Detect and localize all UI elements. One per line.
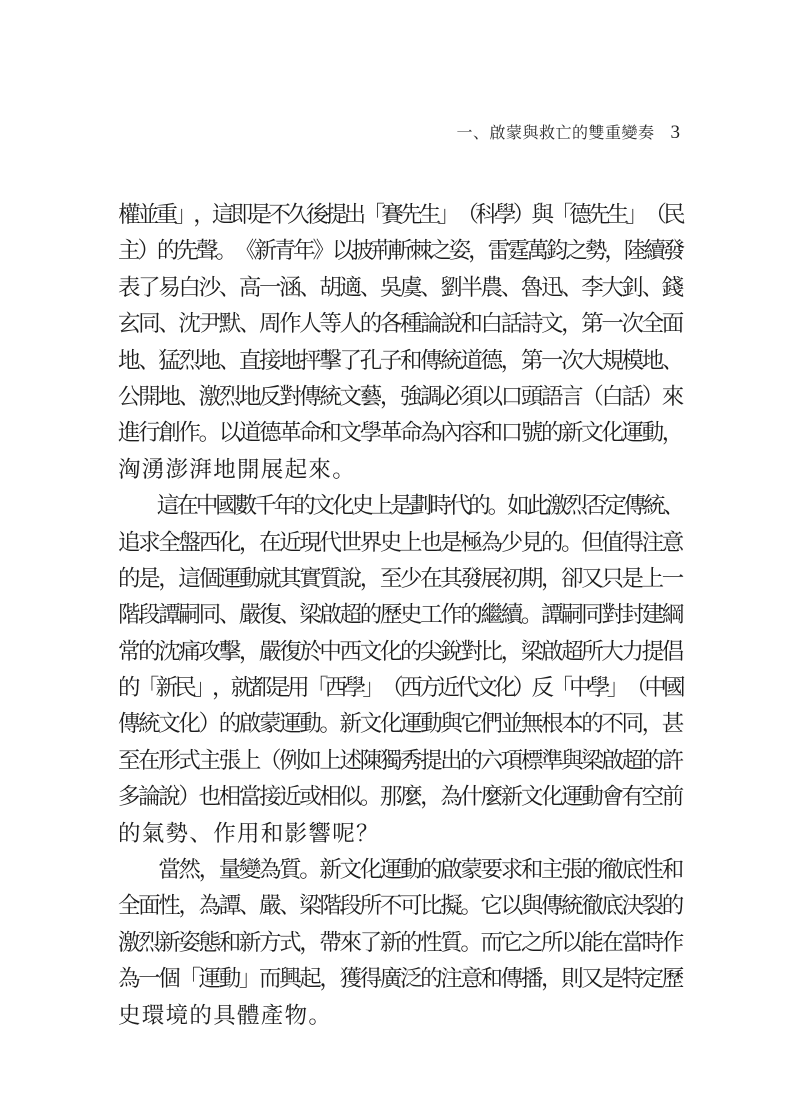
- text-line: 多論說）也相當接近或相似。那麼，為什麼新文化運動會有空前: [118, 779, 682, 815]
- paragraph: 當然，量變為質。新文化運動的啟蒙要求和主張的徹底性和全面性，為譚、嚴、梁階段所不…: [118, 852, 682, 1034]
- text-line: 史環境的具體產物。: [118, 998, 682, 1034]
- text-line: 地、猛烈地、直接地抨擊了孔子和傳統道德，第一次大規模地、: [118, 343, 682, 379]
- text-line: 的氣勢、作用和影響呢？: [118, 816, 682, 852]
- text-line: 的「新民」，就都是用「西學」（西方近代文化）反「中學」（中國: [118, 670, 682, 706]
- text-line: 當然，量變為質。新文化運動的啟蒙要求和主張的徹底性和: [118, 852, 682, 888]
- running-header: 一、啟蒙與救亡的雙重變奏 3: [456, 120, 680, 144]
- body-text: 權並重」，這即是不久後提出「賽先生」（科學）與「德先生」（民主）的先聲。《新青年…: [118, 197, 682, 1034]
- text-line: 洶湧澎湃地開展起來。: [118, 452, 682, 488]
- text-line: 這在中國數千年的文化史上是劃時代的。如此激烈否定傳統、: [118, 488, 682, 524]
- text-line: 權並重」，這即是不久後提出「賽先生」（科學）與「德先生」（民: [118, 197, 682, 233]
- text-line: 階段譚嗣同、嚴復、梁啟超的歷史工作的繼續。譚嗣同對封建綱: [118, 597, 682, 633]
- text-line: 公開地、激烈地反對傳統文藝，強調必須以口頭語言（白話）來: [118, 379, 682, 415]
- text-line: 表了易白沙、高一涵、胡適、吳虞、劉半農、魯迅、李大釗、錢: [118, 270, 682, 306]
- paragraph: 權並重」，這即是不久後提出「賽先生」（科學）與「德先生」（民主）的先聲。《新青年…: [118, 197, 682, 488]
- text-line: 進行創作。以道德革命和文學革命為內容和口號的新文化運動，: [118, 415, 682, 451]
- book-page: 一、啟蒙與救亡的雙重變奏 3 權並重」，這即是不久後提出「賽先生」（科學）與「德…: [0, 0, 800, 1120]
- text-line: 全面性，為譚、嚴、梁階段所不可比擬。它以與傳統徹底決裂的: [118, 888, 682, 924]
- text-line: 追求全盤西化，在近現代世界史上也是極為少見的。但值得注意: [118, 525, 682, 561]
- text-line: 主）的先聲。《新青年》以披荊斬棘之姿，雷霆萬鈞之勢，陸續發: [118, 233, 682, 269]
- page-number: 3: [671, 122, 681, 144]
- text-line: 玄同、沈尹默、周作人等人的各種論說和白話詩文，第一次全面: [118, 306, 682, 342]
- running-header-chapter-title: 一、啟蒙與救亡的雙重變奏: [456, 120, 654, 143]
- text-line: 的是，這個運動就其實質說，至少在其發展初期，卻又只是上一: [118, 561, 682, 597]
- text-line: 常的沈痛攻擊，嚴復於中西文化的尖銳對比，梁啟超所大力提倡: [118, 634, 682, 670]
- paragraph: 這在中國數千年的文化史上是劃時代的。如此激烈否定傳統、追求全盤西化，在近現代世界…: [118, 488, 682, 852]
- text-line: 傳統文化）的啟蒙運動。新文化運動與它們並無根本的不同，甚: [118, 706, 682, 742]
- text-line: 激烈新姿態和新方式，帶來了新的性質。而它之所以能在當時作: [118, 925, 682, 961]
- text-line: 為一個「運動」而興起，獲得廣泛的注意和傳播，則又是特定歷: [118, 961, 682, 997]
- text-line: 至在形式主張上（例如上述陳獨秀提出的六項標準與梁啟超的許: [118, 743, 682, 779]
